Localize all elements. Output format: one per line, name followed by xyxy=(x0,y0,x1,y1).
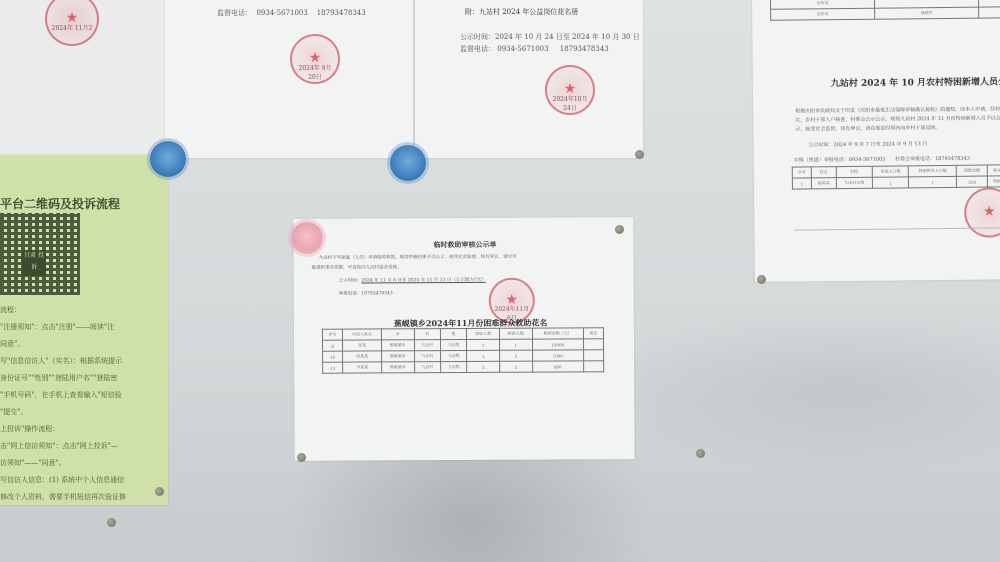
complaint-step-line: 修改个人资料，需要手机短信再次验证修 xyxy=(0,492,126,502)
divider xyxy=(794,227,1000,230)
table-header: 备注 xyxy=(987,165,1000,176)
table-header: 保障金额 xyxy=(957,165,988,176)
table-cell: 九站村 xyxy=(414,340,440,351)
table-cell: 周某某 xyxy=(343,351,382,362)
glass-screw xyxy=(297,453,306,462)
glass-screw xyxy=(155,487,164,496)
table-header: 申请人姓名 xyxy=(343,329,382,340)
table-cell: 800 xyxy=(532,361,583,372)
complaint-step-line: "注册须知"：点击"注册"——阅读"注 xyxy=(0,322,114,332)
table-cell: 550 xyxy=(957,176,988,187)
table-header: 救助人数 xyxy=(499,328,532,339)
table-header: 组 xyxy=(440,328,466,339)
table-header: 救助金额（元） xyxy=(532,328,583,339)
table-header: 家庭人口数 xyxy=(872,166,909,177)
complaint-step-line: 上投诉"操作流程： xyxy=(0,424,59,434)
table-cell: 1000 xyxy=(532,350,583,361)
table-cell: 1 xyxy=(872,177,909,188)
table-cell: 8 xyxy=(323,340,343,351)
table-row: 13李某某蕉岘镇乡九站村九站组33800 xyxy=(323,361,604,373)
complaint-step-line: "提交"。 xyxy=(0,407,27,417)
table-cell: 3 xyxy=(467,361,500,372)
top-table: 宣传员 宣传员杨德平 xyxy=(770,0,1000,21)
official-stamp: ★ 2024年 9月 20日 xyxy=(290,34,340,84)
glass-screw xyxy=(635,150,644,159)
table-cell: 李某某 xyxy=(343,362,382,373)
blue-magnet[interactable] xyxy=(150,141,186,177)
complaint-step-line: 写信访人信息：(1) 系统中个人信息通信 xyxy=(0,475,124,485)
blue-magnet[interactable] xyxy=(390,145,426,181)
complaint-step-line: 击"网上信访须知"：点击"网上投诉"— xyxy=(0,441,118,451)
official-stamp: ★ xyxy=(964,187,1000,238)
table-cell: 10000 xyxy=(532,339,583,350)
table-cell: 特困 xyxy=(987,176,1000,187)
notice-top-left: ★ 2024年 11月2 xyxy=(0,0,165,155)
glass-screw xyxy=(107,518,116,527)
table-cell: 蕉岘镇乡 xyxy=(382,351,415,362)
table-cell: 10 xyxy=(323,351,343,362)
notice-right: 宣传员 宣传员杨德平 九站村 2024 年 10 月农村特困新增人员公示 根据庆… xyxy=(752,0,1000,282)
table-header: 序号 xyxy=(792,167,811,178)
stamp-star-icon: ★ xyxy=(983,204,996,220)
table-cell: 蕉岘镇乡 xyxy=(382,362,415,373)
complaint-step-line: "手机号码"，在手机上查看输入"短信验 xyxy=(0,390,122,400)
official-stamp: ★ 2024年10月24日 xyxy=(545,65,595,115)
complaint-step-line: 身份证号""性别""登陆用户名""登陆密 xyxy=(0,373,117,383)
table-row: 1杨某某九站村五组11550特困 xyxy=(792,176,1000,189)
table-cell: 1 xyxy=(467,339,500,350)
table-cell: 九站组 xyxy=(441,350,467,361)
table-cell: 九站组 xyxy=(440,339,466,350)
glass-screw xyxy=(696,449,705,458)
glass-screw xyxy=(757,275,766,284)
notice-top-center-left: 监督电话： 0934-5671003 18793478343 ★ 2024年 9… xyxy=(165,0,413,158)
table-cell: 九站组 xyxy=(441,361,467,372)
complaint-step-line: 写"信息信访人"（实名）：根据系统提示 xyxy=(0,356,122,366)
notice-temporary-aid: 临时救助审核公示单 九站村下列家庭（人员）申请临时救助，现将审核结果予以公示，接… xyxy=(293,217,634,461)
table-header: 特困供养人口数 xyxy=(909,165,957,177)
table-cell xyxy=(583,361,603,372)
official-stamp: ★ 2024年 11月2 xyxy=(45,0,99,46)
table-cell xyxy=(583,350,603,361)
table-cell: 1 xyxy=(792,178,811,189)
complaint-step-line: 访须知"——"同意"。 xyxy=(0,458,66,468)
table-cell: 九站村 xyxy=(414,362,440,373)
notice-top-center-right: 附：九站村 2024 年公益岗位花名册 公示时间：2024 年 10 月 24 … xyxy=(415,0,643,158)
table-header: 乡 xyxy=(381,329,414,340)
table-header: 村组 xyxy=(836,166,873,177)
aid-recipients-table: 序号申请人姓名乡村组家庭人数救助人数救助金额（元）备注 8张某蕉岘镇乡九站村九站… xyxy=(322,327,604,373)
table-header: 备注 xyxy=(583,328,603,339)
table-cell: 九站村五组 xyxy=(836,177,873,188)
complaint-step-line: 同意"。 xyxy=(0,339,24,349)
table-cell: 3 xyxy=(467,350,500,361)
table-cell: 3 xyxy=(500,361,533,372)
table-cell: 九站村 xyxy=(414,351,440,362)
table-cell: 杨某某 xyxy=(811,178,836,189)
qr-badge: 甘肃 投诉 xyxy=(22,250,46,276)
table-header: 村 xyxy=(414,329,440,340)
table-cell: 张某 xyxy=(343,340,382,351)
table-cell: 3 xyxy=(499,350,532,361)
special-hardship-table: 序号姓名村组家庭人口数特困供养人口数保障金额备注 1杨某某九站村五组11550特… xyxy=(792,164,1000,189)
table-header: 家庭人数 xyxy=(467,328,500,339)
notice-complaint-process: 平台二维码及投诉流程 甘肃 投诉 流程："注册须知"：点击"注册"——阅读"注同… xyxy=(0,155,168,505)
table-cell: 蕉岘镇乡 xyxy=(381,340,414,351)
table-header: 序号 xyxy=(322,329,342,340)
table-cell: 1 xyxy=(909,176,957,188)
complaint-step-line: 流程： xyxy=(0,305,21,315)
glass-screw xyxy=(615,225,624,234)
pink-magnet[interactable] xyxy=(291,222,323,254)
table-header: 姓名 xyxy=(811,167,836,178)
table-cell: 13 xyxy=(323,362,343,373)
table-cell: 1 xyxy=(499,339,532,350)
table-cell xyxy=(583,339,603,350)
